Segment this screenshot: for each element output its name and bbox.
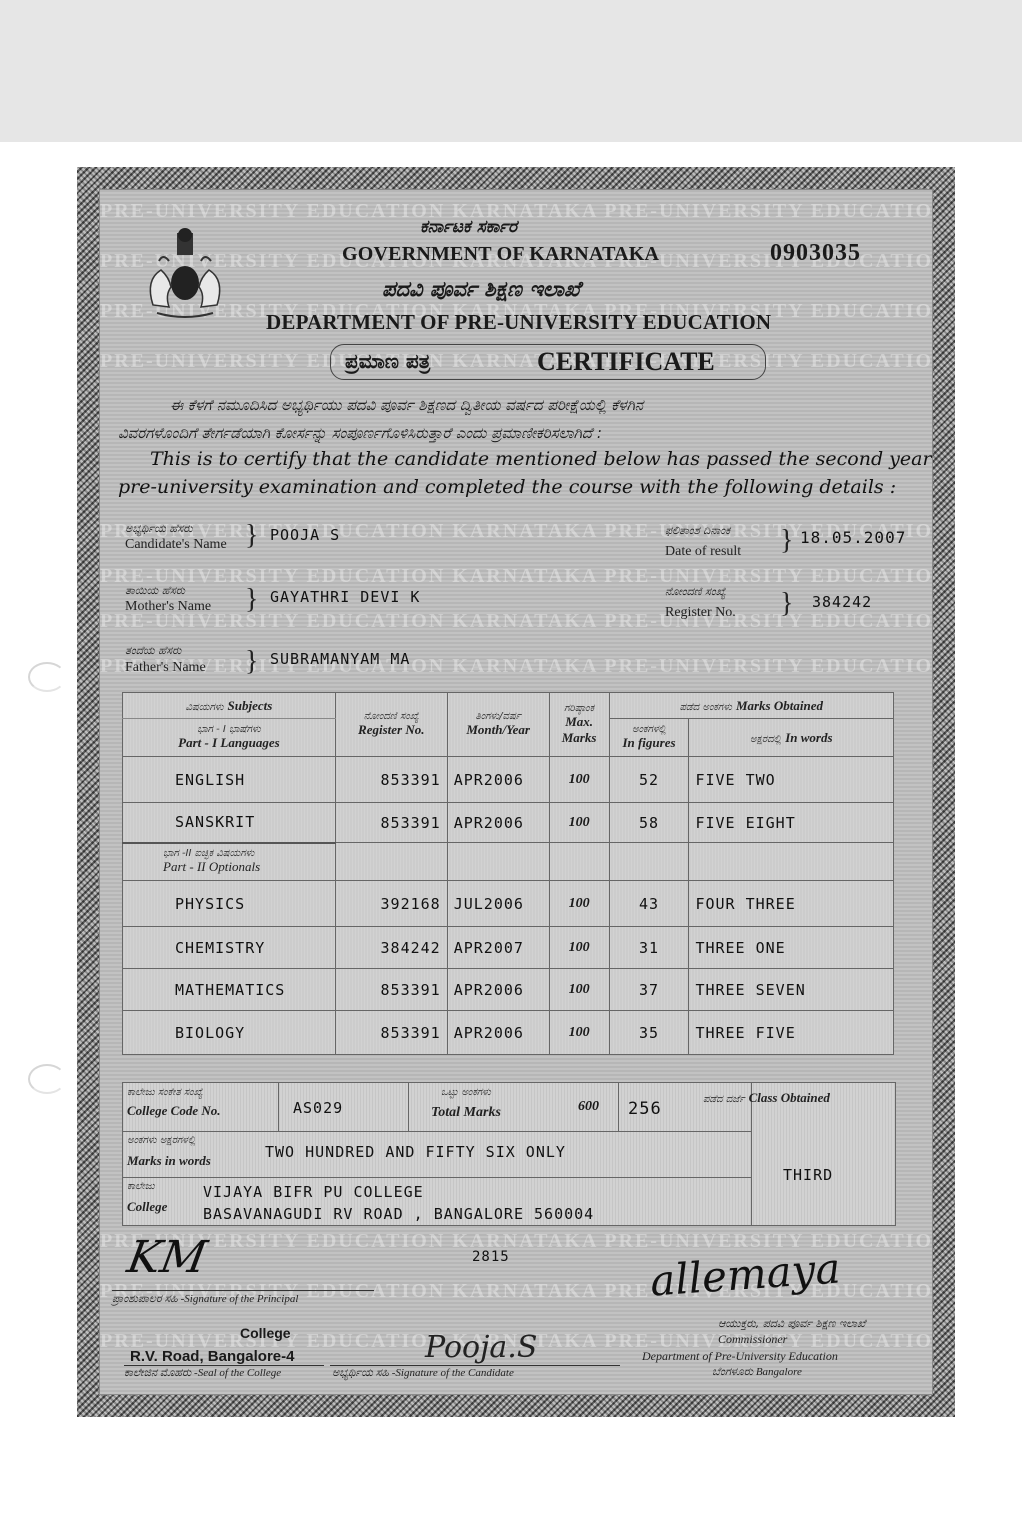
marks-words-cell: FIVE EIGHT [689,803,894,843]
candidate-name-label-kn: ಅಭ್ಯರ್ಥಿಯ ಹೆಸರು [125,522,193,536]
divider [618,1083,619,1131]
mother-name-label: Mother's Name [125,599,211,615]
marks-figures-cell: 35 [609,1011,689,1055]
marks-words-cell: FIVE TWO [689,757,894,803]
max-marks-cell: 100 [549,969,609,1011]
max-marks-cell: 100 [549,927,609,969]
marks-figures-cell: 31 [609,927,689,969]
subject-cell: ENGLISH [123,757,336,803]
class-label-kn: ಪಡೆದ ದರ್ಜೆ [703,1094,745,1105]
marks-figures-cell: 58 [609,803,689,843]
commissioner-title: Commissioner [718,1332,787,1347]
subject-cell: MATHEMATICS [123,969,336,1011]
divider [408,1083,409,1131]
marks-table: ವಿಷಯಗಳು Subjects ನೋಂದಣಿ ಸಂಖ್ಯೆRegister N… [122,692,894,1055]
obtained-header: Marks Obtained [736,698,823,713]
result-date-label-kn: ಫಲಿತಾಂಶ ದಿನಾಂಕ [665,524,730,538]
mother-name: GAYATHRI DEVI K [270,588,420,606]
part2-header: Part - II Optionals [163,859,329,875]
month-year-cell: JUL2006 [447,881,549,927]
candidate-signature-label: ಅಭ್ಯರ್ಥಿಯ ಸಹಿ -Signature of the Candidat… [332,1367,514,1380]
brace: } [245,648,258,676]
table-row: CHEMISTRY 384242 APR2007 100 31 THREE ON… [123,927,894,969]
total-max-marks: 600 [578,1099,599,1115]
month-header: Month/Year [454,722,543,738]
intro-kannada-line1: ಈ ಕೆಳಗೆ ನಮೂದಿಸಿದ ಅಭ್ಯರ್ಥಿಯು ಪದವಿ ಪೂರ್ವ ಶ… [170,396,643,414]
college-label-kn: ಕಾಲೇಜು [127,1181,155,1192]
commissioner-department: Department of Pre-University Education [642,1349,838,1364]
summary-block: ಕಾಲೇಜು ಸಂಕೇತ ಸಂಖ್ಯೆ College Code No. AS0… [122,1082,896,1226]
table-row: PHYSICS 392168 JUL2006 100 43 FOUR THREE [123,881,894,927]
register-cell: 392168 [335,881,447,927]
intro-kannada-line2: ವಿವರಗಳೊಂದಿಗೆ ತೇರ್ಗಡೆಯಾಗಿ ಕೋರ್ಸನ್ನು ಸಂಪೂರ… [118,424,602,442]
max-header: Max. Marks [552,714,607,746]
certificate-title-kannada: ಪ್ರಮಾಣ ಪತ್ರ [345,349,430,373]
subject-cell: CHEMISTRY [123,927,336,969]
father-name: SUBRAMANYAM MA [270,650,410,668]
max-header-kn: ಗರಿಷ್ಠಾಂಕ [552,703,607,714]
register-cell: 384242 [335,927,447,969]
marks-words-cell: FOUR THREE [689,881,894,927]
subjects-header-kn: ವಿಷಯಗಳು [186,702,224,713]
register-no: 384242 [812,593,872,611]
brace: } [245,522,258,550]
month-year-cell: APR2006 [447,803,549,843]
result-date: 18.05.2007 [800,528,906,547]
commissioner-city: ಬೆಂಗಳೂರು Bangalore [712,1366,802,1379]
subject-cell: PHYSICS [123,881,336,927]
table-row: SANSKRIT 853391 APR2006 100 58 FIVE EIGH… [123,803,894,843]
result-date-label: Date of result [665,544,741,560]
certificate-title-english: CERTIFICATE [537,347,715,377]
class-label: Class Obtained [749,1090,830,1105]
divider [123,1131,751,1132]
college-code-label: College Code No. [127,1103,221,1119]
register-cell: 853391 [335,1011,447,1055]
register-cell: 853391 [335,969,447,1011]
part1-header-kn: ಭಾಗ - I ಭಾಷೆಗಳು [129,724,329,735]
table-row: MATHEMATICS 853391 APR2006 100 37 THREE … [123,969,894,1011]
marks-words-cell: THREE FIVE [689,1011,894,1055]
commissioner-title-kn: ಆಯುಕ್ತರು, ಪದವಿ ಪೂರ್ವ ಶಿಕ್ಷಣ ಇಲಾಖೆ [718,1317,865,1331]
punch-hole [28,1064,66,1094]
max-marks-cell: 100 [549,757,609,803]
table-row: ENGLISH 853391 APR2006 100 52 FIVE TWO [123,757,894,803]
figures-header: In figures [612,735,687,751]
seal-label: ಕಾಲೇಜಿನ ಮೊಹರು -Seal of the College [124,1367,281,1380]
obtained-header-kn: ಪಡೆದ ಅಂಕಗಳು [680,702,732,713]
total-obtained-marks: 256 [628,1099,662,1119]
month-year-cell: APR2007 [447,927,549,969]
marks-in-words: TWO HUNDRED AND FIFTY SIX ONLY [265,1143,566,1161]
marks-words-cell: THREE ONE [689,927,894,969]
words-header: In words [785,730,832,745]
figures-header-kn: ಅಂಕಗಳಲ್ಲಿ [612,724,687,735]
marks-figures-cell: 43 [609,881,689,927]
register-no-label: Register No. [665,605,736,621]
college-address: BASAVANAGUDI RV ROAD , BANGALORE 560004 [203,1205,594,1223]
principal-signature: KM [124,1232,211,1283]
register-header: Register No. [342,722,441,738]
seal-text-address: R.V. Road, Bangalore-4 [130,1348,295,1365]
watermark-text: PRE-UNIVERSITY EDUCATION KARNATAKA PRE-U… [100,565,932,588]
certificate-title-box: ಪ್ರಮಾಣ ಪತ್ರ CERTIFICATE [330,344,766,380]
divider [123,1177,751,1178]
college-label: College [127,1199,167,1215]
principal-signature-label: ಪ್ರಾಂಶುಪಾಲರ ಸಹಿ -Signature of the Princi… [112,1293,298,1306]
father-name-label-kn: ತಂದೆಯ ಹೆಸರು [125,644,181,658]
father-name-label: Father's Name [125,660,206,676]
candidate-name: POOJA S [270,526,340,544]
class-obtained: THIRD [783,1166,833,1184]
marks-figures-cell: 52 [609,757,689,803]
seal-text-college: College [240,1325,291,1341]
register-header-kn: ನೋಂದಣಿ ಸಂಖ್ಯೆ [342,711,441,722]
register-no-label-kn: ನೋಂದಣಿ ಸಂಖ್ಯೆ [665,585,726,599]
register-cell: 853391 [335,803,447,843]
total-marks-label: Total Marks [431,1105,501,1121]
college-code-label-kn: ಕಾಲೇಜು ಸಂಕೇತ ಸಂಖ್ಯೆ [127,1087,203,1098]
brace: } [780,590,793,618]
month-year-cell: APR2006 [447,1011,549,1055]
max-marks-cell: 100 [549,1011,609,1055]
marks-in-words-label-kn: ಅಂಕಗಳು ಅಕ್ಷರಗಳಲ್ಲಿ [127,1135,195,1146]
divider [278,1083,279,1131]
register-cell: 853391 [335,757,447,803]
brace: } [780,527,793,555]
month-header-kn: ತಿಂಗಳು/ವರ್ಷ [454,711,543,722]
gov-title-kannada: ಕರ್ನಾಟಕ ಸರ್ಕಾರ [420,217,517,237]
candidate-signature: Pooja.S [425,1330,537,1365]
dept-title-english: DEPARTMENT OF PRE-UNIVERSITY EDUCATION [266,310,771,335]
month-year-cell: APR2006 [447,757,549,803]
table-row: BIOLOGY 853391 APR2006 100 35 THREE FIVE [123,1011,894,1055]
mother-name-label-kn: ತಾಯಿಯ ಹೆಸರು [125,584,185,598]
subjects-header: Subjects [228,698,273,713]
marks-in-words-label: Marks in words [127,1153,211,1169]
class-obtained-label: ಪಡೆದ ದರ್ಜೆ Class Obtained [703,1089,830,1107]
punch-hole [28,662,66,692]
watermark-text: PRE-UNIVERSITY EDUCATION KARNATAKA PRE-U… [100,610,932,633]
part2-header-kn: ಭಾಗ -II ಐಚ್ಛಿಕ ವಿಷಯಗಳು [163,848,329,859]
part2-header-row: ಭಾಗ -II ಐಚ್ಛಿಕ ವಿಷಯಗಳು Part - II Optiona… [123,843,894,881]
college-code: AS029 [293,1099,343,1117]
footer-number: 2815 [472,1249,510,1265]
dept-title-kannada: ಪದವಿ ಪೂರ್ವ ಶಿಕ್ಷಣ ಇಲಾಖೆ [382,277,580,302]
subject-cell: BIOLOGY [123,1011,336,1055]
brace: } [245,586,258,614]
top-margin-bar [0,0,1022,142]
marks-words-cell: THREE SEVEN [689,969,894,1011]
signature-line [112,1290,374,1291]
candidate-name-label: Candidate's Name [125,537,227,553]
serial-number: 0903035 [770,240,861,267]
signature-line [330,1365,620,1366]
marks-figures-cell: 37 [609,969,689,1011]
signature-line [124,1365,324,1366]
total-marks-label-kn: ಒಟ್ಟು ಅಂಕಗಳು [441,1087,491,1098]
college-name: VIJAYA BIFR PU COLLEGE [203,1183,424,1201]
max-marks-cell: 100 [549,881,609,927]
month-year-cell: APR2006 [447,969,549,1011]
max-marks-cell: 100 [549,803,609,843]
part1-header: Part - I Languages [129,735,329,751]
subject-cell: SANSKRIT [123,803,336,843]
intro-english-line1: This is to certify that the candidate me… [150,448,932,470]
watermark-text: PRE-UNIVERSITY EDUCATION KARNATAKA PRE-U… [100,655,932,678]
table-header-row: ವಿಷಯಗಳು Subjects ನೋಂದಣಿ ಸಂಖ್ಯೆRegister N… [123,693,894,719]
words-header-kn: ಅಕ್ಷರದಲ್ಲಿ [750,734,781,745]
intro-english-line2: pre-university examination and completed… [118,476,896,498]
gov-title-english: GOVERNMENT OF KARNATAKA [342,243,659,266]
state-emblem-icon [135,225,235,325]
